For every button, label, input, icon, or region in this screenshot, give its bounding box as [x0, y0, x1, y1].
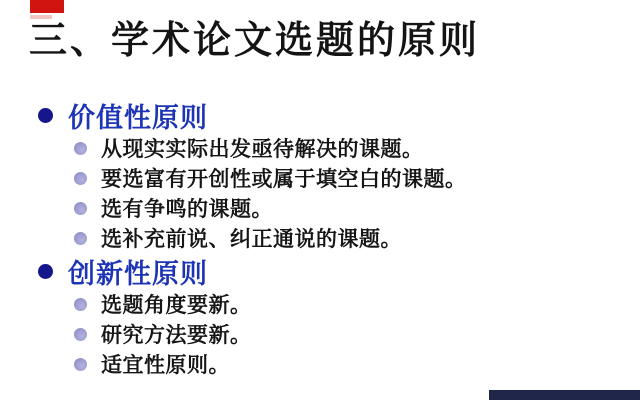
list-item: 研究方法要新。: [74, 319, 598, 349]
sub-bullet-dot-icon: [74, 298, 87, 311]
section-innovation-principle: 创新性原则 选题角度要新。 研究方法要新。 适宜性原则。: [38, 254, 598, 379]
section-header: 价值性原则: [38, 98, 598, 133]
list-item-text: 选有争鸣的课题。: [101, 193, 273, 223]
sub-bullet-dot-icon: [74, 358, 87, 371]
section-header-label: 创新性原则: [68, 252, 208, 291]
list-item-text: 选题角度要新。: [101, 289, 252, 319]
sub-bullet-dot-icon: [74, 202, 87, 215]
list-item: 选有争鸣的课题。: [74, 193, 598, 223]
list-item-text: 选补充前说、纠正通说的课题。: [101, 223, 402, 253]
bullet-list: 价值性原则 从现实实际出发亟待解决的课题。 要选富有开创性或属于填空白的课题。 …: [38, 97, 598, 379]
sub-bullet-dot-icon: [74, 172, 87, 185]
list-item: 适宜性原则。: [74, 349, 598, 379]
sub-bullet-dot-icon: [74, 328, 87, 341]
navy-corner-accent: [489, 390, 640, 400]
list-item-text: 研究方法要新。: [101, 319, 252, 349]
list-item: 选题角度要新。: [74, 289, 598, 319]
main-bullet-dot-icon: [38, 264, 53, 279]
list-item: 选补充前说、纠正通说的课题。: [74, 223, 598, 253]
red-corner-accent: [30, 0, 64, 13]
list-item: 要选富有开创性或属于填空白的课题。: [74, 163, 598, 193]
presentation-slide: 三、学术论文选题的原则 价值性原则 从现实实际出发亟待解决的课题。 要选富有开创…: [0, 0, 640, 400]
list-item-text: 从现实实际出发亟待解决的课题。: [101, 133, 424, 163]
section-header-label: 价值性原则: [68, 96, 208, 135]
section-header: 创新性原则: [38, 254, 598, 289]
list-item-text: 要选富有开创性或属于填空白的课题。: [101, 163, 467, 193]
list-item-text: 适宜性原则。: [101, 349, 230, 379]
main-bullet-dot-icon: [38, 108, 53, 123]
sub-bullet-dot-icon: [74, 142, 87, 155]
sub-bullet-dot-icon: [74, 232, 87, 245]
slide-title: 三、学术论文选题的原则: [29, 18, 480, 64]
list-item: 从现实实际出发亟待解决的课题。: [74, 133, 598, 163]
section-value-principle: 价值性原则 从现实实际出发亟待解决的课题。 要选富有开创性或属于填空白的课题。 …: [38, 98, 598, 253]
